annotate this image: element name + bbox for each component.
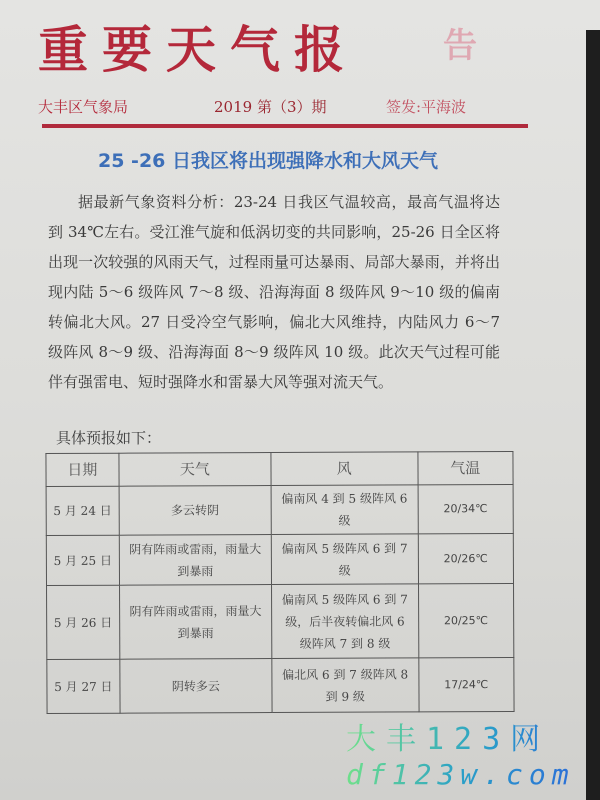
cell-date: 5 月 24 日: [46, 486, 119, 535]
forecast-lead-in: 具体预报如下：: [56, 427, 161, 448]
header-date: 日期: [46, 453, 119, 486]
table-row: 5 月 27 日 阴转多云 偏北风 6 到 7 级阵风 8 到 9 级 17/2…: [47, 657, 514, 713]
cell-wind: 偏南风 5 级阵风 6 到 7 级: [271, 534, 418, 585]
cell-wind: 偏北风 6 到 7 级阵风 8 到 9 级: [272, 658, 419, 713]
seal-stamp-icon: 告: [438, 26, 482, 66]
watermark-site-name: 大丰123网: [346, 722, 575, 758]
cell-temperature: 20/25℃: [418, 583, 514, 657]
article-body: 据最新气象资料分析：23-24 日我区气温较高，最高气温将达到 34℃左右。受江…: [48, 187, 500, 397]
cell-weather: 阴有阵雨或雷雨，雨量大到暴雨: [119, 535, 271, 586]
cell-date: 5 月 27 日: [47, 659, 120, 713]
cell-weather: 阴有阵雨或雷雨，雨量大到暴雨: [119, 585, 271, 660]
header-temperature: 气温: [418, 451, 514, 484]
table-header-row: 日期 天气 风 气温: [46, 451, 513, 486]
cell-temperature: 20/34℃: [418, 484, 514, 533]
forecast-table: 日期 天气 风 气温 5 月 24 日 多云转阴 偏南风 4 到 5 级阵风 6…: [45, 451, 514, 714]
table-row: 5 月 26 日 阴有阵雨或雷雨，雨量大到暴雨 偏南风 5 级阵风 6 到 7 …: [47, 583, 514, 659]
issue-number: 2019 第（3）期: [214, 96, 327, 117]
cell-wind: 偏南风 4 到 5 级阵风 6 级: [271, 485, 418, 535]
cell-wind: 偏南风 5 级阵风 6 到 7 级，后半夜转偏北风 6 级阵风 7 到 8 级: [271, 584, 418, 659]
cell-weather: 阴转多云: [120, 659, 272, 714]
table-row: 5 月 24 日 多云转阴 偏南风 4 到 5 级阵风 6 级 20/34℃: [46, 484, 513, 535]
watermark-domain: df123w.com: [346, 758, 575, 792]
header-wind: 风: [271, 452, 418, 486]
masthead-title: 重要天气报: [38, 10, 358, 82]
article-headline: 25 -26 日我区将出现强降水和大风天气: [98, 146, 438, 173]
cell-temperature: 17/24℃: [418, 657, 514, 711]
header-weather: 天气: [119, 453, 271, 487]
photo-dark-edge: [586, 30, 600, 800]
cell-temperature: 20/26℃: [418, 533, 514, 583]
body-paragraph: 据最新气象资料分析：23-24 日我区气温较高，最高气温将达到 34℃左右。受江…: [48, 187, 500, 397]
cell-weather: 多云转阴: [119, 486, 271, 536]
issuing-organization: 大丰区气象局: [38, 96, 128, 117]
signed-by: 签发:平海波: [386, 96, 466, 117]
table-row: 5 月 25 日 阴有阵雨或雷雨，雨量大到暴雨 偏南风 5 级阵风 6 到 7 …: [46, 533, 513, 585]
site-watermark: 大丰123网 df123w.com: [346, 722, 575, 792]
cell-date: 5 月 25 日: [46, 535, 119, 585]
header-divider: [42, 124, 528, 128]
cell-date: 5 月 26 日: [47, 585, 120, 659]
